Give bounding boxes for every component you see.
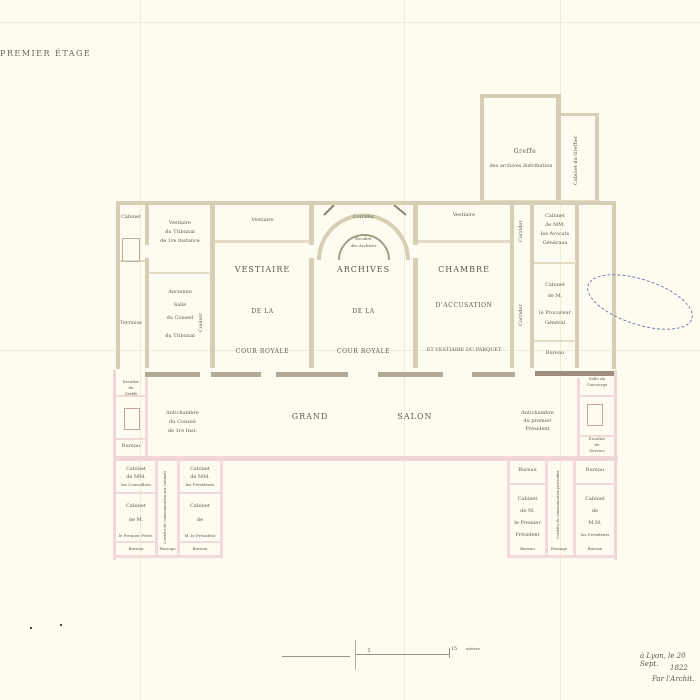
salon-label: SALON <box>375 412 455 422</box>
room-label: Cabinet <box>116 466 156 473</box>
room-label: Cabinet <box>510 496 545 503</box>
room-label: les Avocats <box>534 231 576 238</box>
salon-south-wall <box>113 456 618 461</box>
room-label: le Premier Prést. <box>116 533 156 538</box>
signature-date: 1822 <box>670 664 688 672</box>
greffe-label: Greffe <box>500 148 550 156</box>
room-label: Bureau <box>576 546 614 551</box>
couloir-label: Couloir <box>198 305 205 340</box>
room-label: le Premier <box>510 520 545 527</box>
stair-icon <box>122 238 140 262</box>
room-label: Greffe <box>116 391 146 396</box>
room-label: de <box>580 442 614 447</box>
room-label: Antichambre <box>150 410 215 417</box>
room-label: de <box>180 517 220 524</box>
room-label: VESTIAIRE <box>215 265 310 275</box>
scale-unit-label: mètres <box>462 646 484 651</box>
outer-wall-left <box>116 201 120 369</box>
room-label: Vestiaire <box>215 217 310 224</box>
room-label: M. le Président <box>180 533 220 538</box>
room-label: Bureau <box>510 467 545 474</box>
signature-line3: Par l'Archit. <box>652 675 694 683</box>
stair-icon <box>587 404 603 426</box>
room-label: Antichambre <box>505 410 570 417</box>
room-label: COUR ROYALE <box>314 348 413 356</box>
room-label: Escalier <box>314 236 413 241</box>
room-label: ET VESTIAIRE DU PARQUET <box>418 347 510 354</box>
room-label: de M. <box>534 293 576 300</box>
room-label: du premier <box>505 418 570 425</box>
drawing-sheet: PREMIER ÉTAGE Greffe des archives distri… <box>0 0 700 700</box>
room-label: Ancienne <box>150 289 210 296</box>
mark-dot <box>30 627 32 629</box>
room-label: COUR ROYALE <box>215 348 310 356</box>
room-label: Bureau <box>116 546 156 551</box>
room-label: Cabinet <box>576 496 614 503</box>
terrasse-label: Terrasse <box>118 320 144 327</box>
stair-icon <box>124 408 140 430</box>
room-label: de M. <box>116 517 156 524</box>
room-label: des Archives <box>314 243 413 248</box>
room-label: Cabinet <box>116 503 156 510</box>
room-label: les Conseillers <box>116 482 156 487</box>
room-label: de MM. <box>180 474 220 481</box>
room-label: de 1re Instance <box>150 238 210 245</box>
room-label: Cabinet <box>534 213 576 220</box>
room-label: Bureau <box>510 546 545 551</box>
room-label: Vestiaire <box>418 212 510 219</box>
scale-mid-label: 5 <box>364 648 374 655</box>
room-label: D'ACCUSATION <box>418 302 510 310</box>
room-label: de MM. <box>534 222 576 229</box>
room-label: Président <box>510 532 545 539</box>
room-label: Généraux <box>534 240 576 247</box>
plan-title: PREMIER ÉTAGE <box>0 49 91 58</box>
mark-dot <box>60 624 62 626</box>
room-label: CHAMBRE <box>418 265 510 275</box>
greffe-sub-label: des archives distribution <box>486 163 556 170</box>
room-label: ARCHIVES <box>314 265 413 275</box>
cabinet-greffier-label: Cabinet du Greffier <box>573 125 580 195</box>
room-label: les Présidents <box>180 482 220 487</box>
room-label: Corridor de communication aux Cabinets <box>163 465 168 550</box>
room-label: Bureau <box>116 443 146 450</box>
room-label: Cabinet <box>534 282 576 289</box>
room-label: Escalier <box>116 379 146 384</box>
room-label: Escalier <box>580 436 614 441</box>
room-label: Cabinet <box>180 503 220 510</box>
room-label: Corridor <box>314 214 413 221</box>
room-label: M.M. <box>576 520 614 527</box>
room-label: du Conseil <box>150 419 215 426</box>
room-label: Général <box>534 320 576 327</box>
room-label: de MM. <box>116 474 156 481</box>
grand-label: GRAND <box>270 412 350 422</box>
room-label: Service <box>580 448 614 453</box>
room-label: DE LA <box>215 308 310 316</box>
room-label: Cabinet <box>180 466 220 473</box>
room-label: Passage <box>155 546 180 551</box>
room-label: de <box>576 508 614 515</box>
room-label: Bureau <box>180 546 220 551</box>
room-label: DE LA <box>314 308 413 316</box>
room-label: Corridor de communication particulier <box>556 465 561 545</box>
cabinet-label: Cabinet <box>118 214 144 221</box>
room-label: du Tribunal <box>150 229 210 236</box>
room-label: Président <box>505 426 570 433</box>
room-label: du <box>116 385 146 390</box>
room-label: Bureau <box>534 350 576 357</box>
scale-end-label: 15 <box>448 646 460 653</box>
fold-line <box>0 22 700 23</box>
room-label: de M. <box>510 508 545 515</box>
room-label: les Présidents <box>576 532 614 537</box>
room-label: Vestiaire <box>150 220 210 227</box>
room-label: Concierge <box>580 382 614 387</box>
room-label: Bureau <box>576 467 614 474</box>
archive-stamp <box>581 263 700 341</box>
room-label: de 1re Inst. <box>150 428 215 435</box>
room-label: Salle du <box>580 376 614 381</box>
room-label: le Procureur <box>534 310 576 317</box>
room-label: Corridor <box>518 300 525 330</box>
room-label: Corridor <box>518 216 525 246</box>
room-label: Passage <box>545 546 573 551</box>
